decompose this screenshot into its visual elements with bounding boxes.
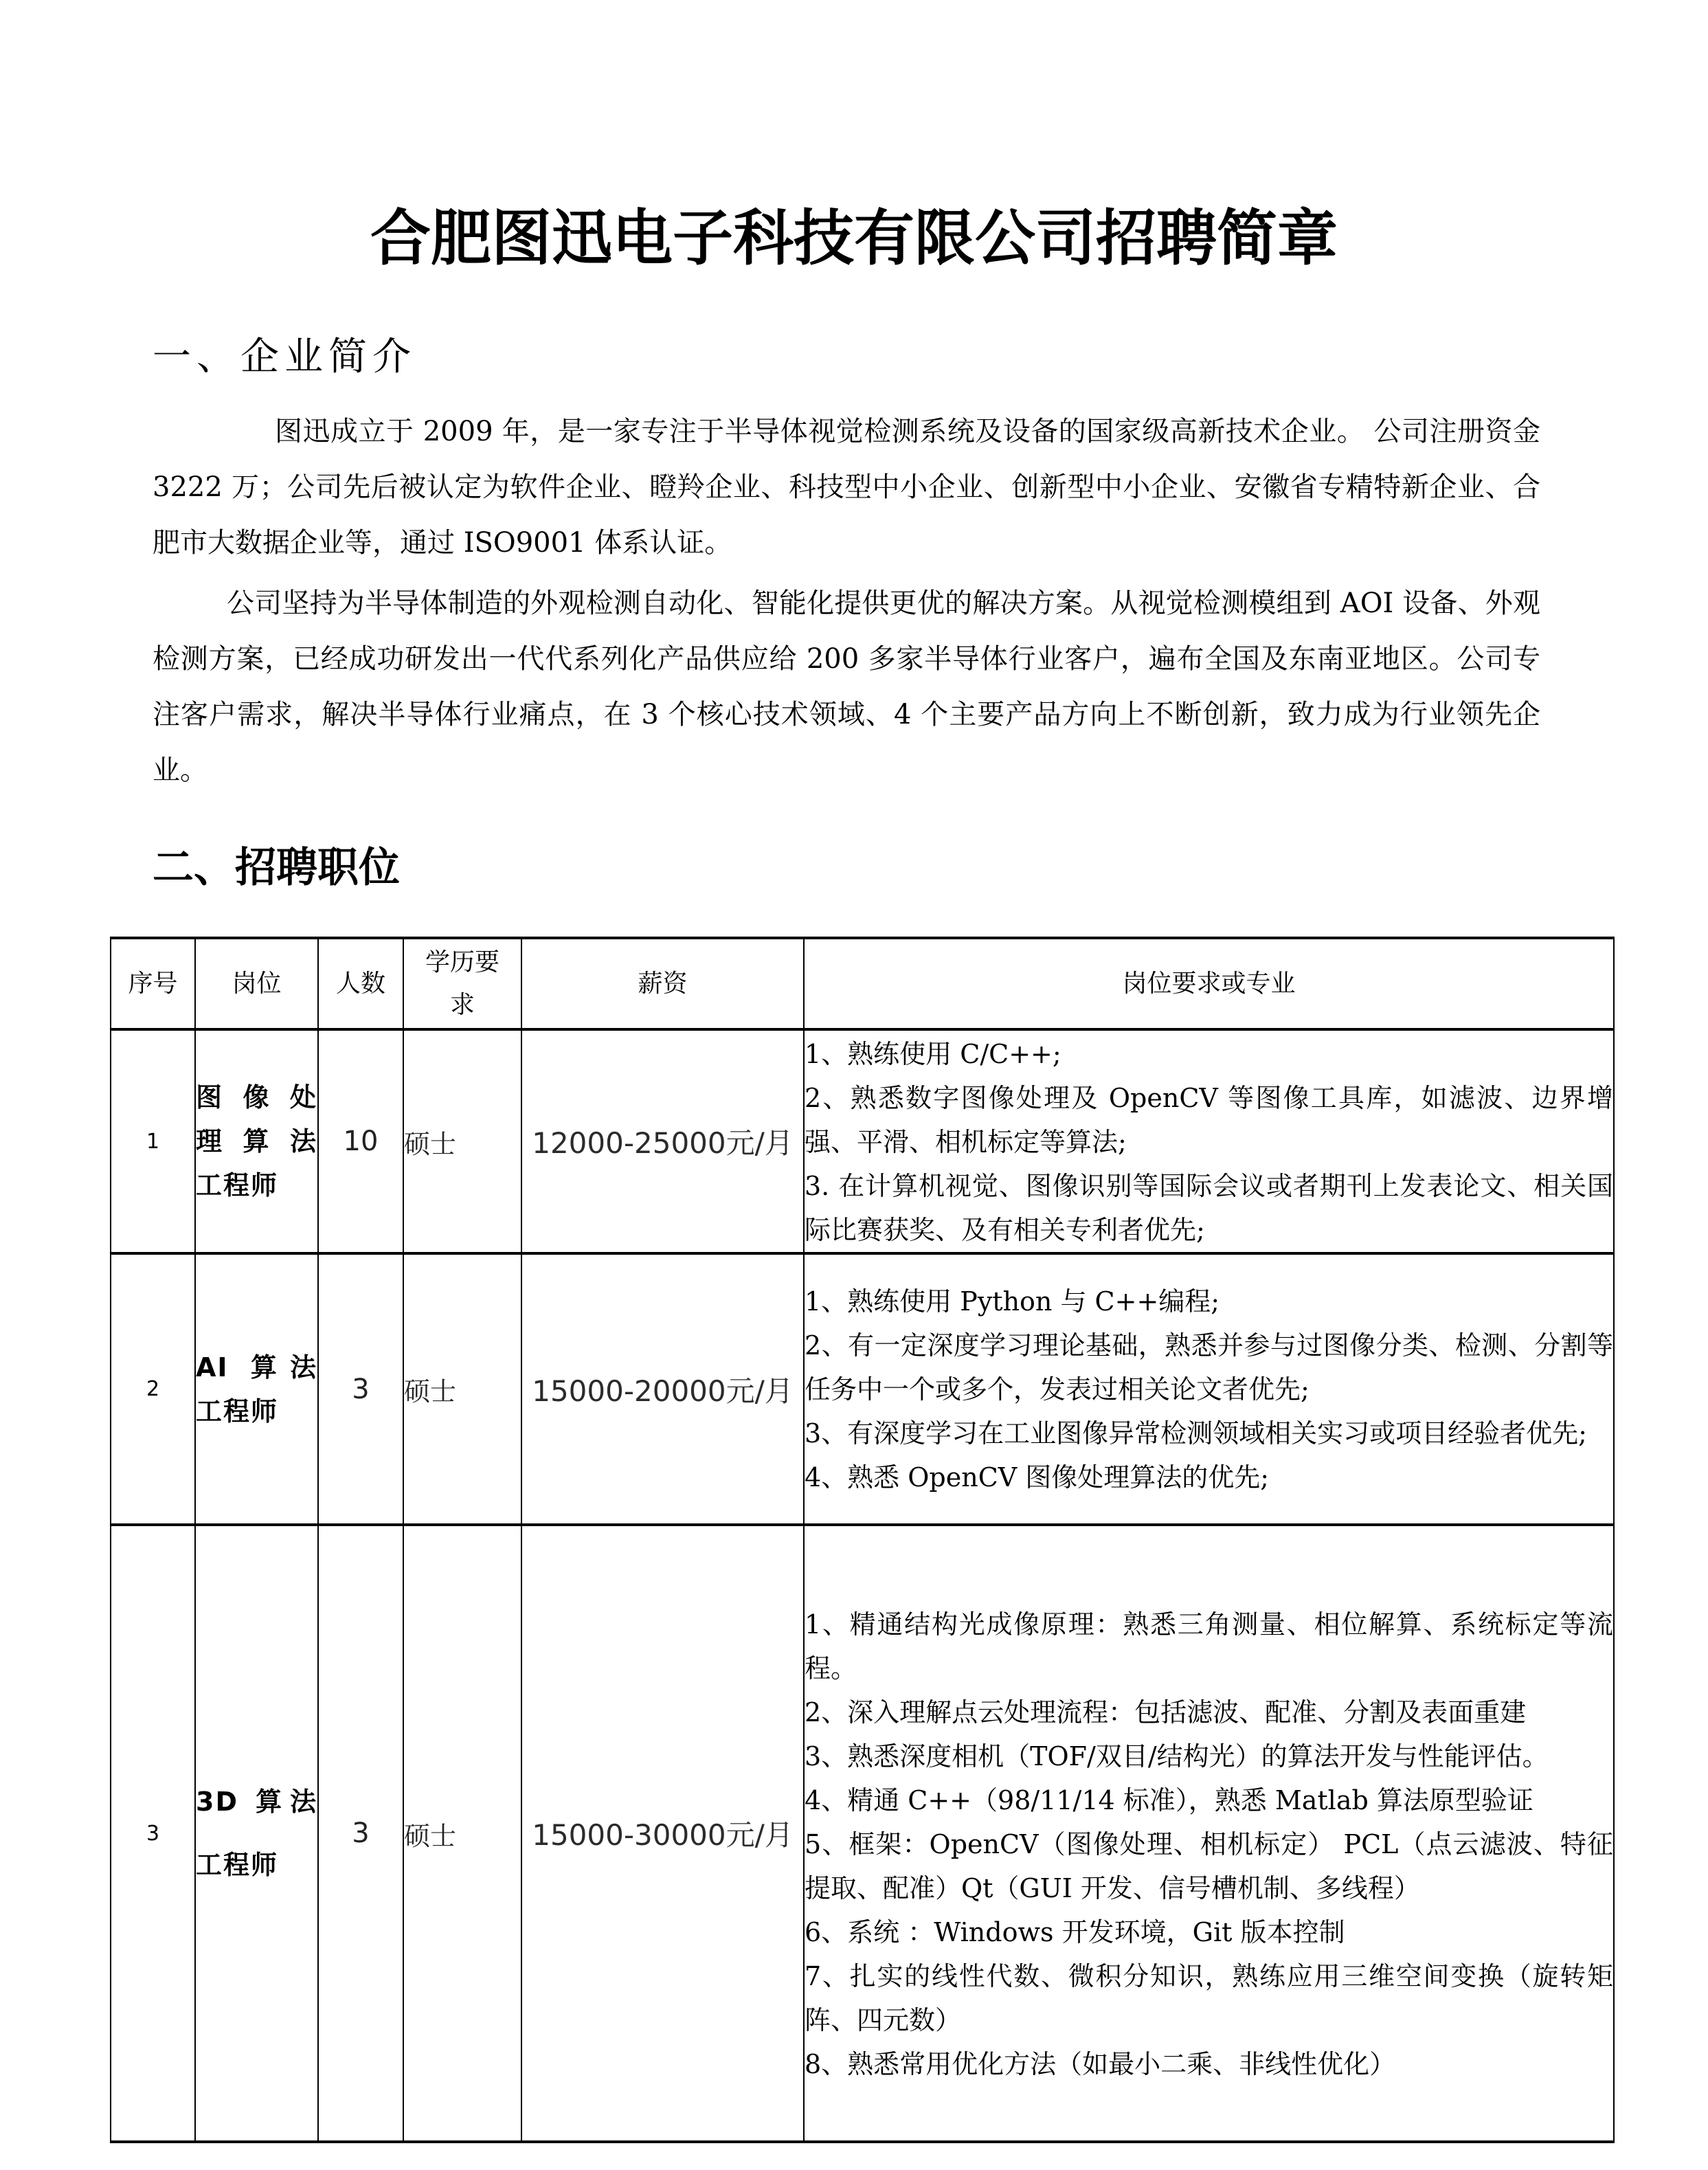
- table-row: 1 图像处 理算法 工程师 10 硕士 12000-25000元/月 1、熟练使…: [111, 1029, 1614, 1253]
- cell-count: 10: [318, 1029, 403, 1253]
- requirement-item: 1、熟练使用 Python 与 C++编程;: [805, 1279, 1613, 1323]
- company-intro-paragraph-1: 图迅成立于 2009 年，是一家专注于半导体视觉检测系统及设备的国家级高新技术企…: [153, 404, 1540, 571]
- cell-education: 硕士: [403, 1525, 521, 2142]
- cell-requirements: 1、熟练使用 Python 与 C++编程; 2、有一定深度学习理论基础，熟悉并…: [804, 1253, 1614, 1525]
- position-line: 图像处: [196, 1075, 317, 1119]
- requirement-item: 4、熟悉 OpenCV 图像处理算法的优先;: [805, 1455, 1613, 1499]
- cell-salary: 15000-20000元/月: [521, 1253, 804, 1525]
- cell-education: 硕士: [403, 1253, 521, 1525]
- requirement-item: 3. 在计算机视觉、图像识别等国际会议或者期刊上发表论文、相关国际比赛获奖、及有…: [805, 1164, 1613, 1252]
- requirement-item: 7、扎实的线性代数、微积分知识，熟练应用三维空间变换（旋转矩阵、四元数）: [805, 1954, 1613, 2042]
- header-education-line-2: 求: [404, 984, 521, 1027]
- table-row: 2 AI 算法 工程师 3 硕士 15000-20000元/月 1、熟练使用 P…: [111, 1253, 1614, 1525]
- cell-no: 2: [111, 1253, 195, 1525]
- requirement-item: 3、有深度学习在工业图像异常检测领域相关实习或项目经验者优先;: [805, 1411, 1613, 1455]
- cell-position: AI 算法 工程师: [195, 1253, 318, 1525]
- cell-count: 3: [318, 1253, 403, 1525]
- requirement-item: 1、熟练使用 C/C++;: [805, 1032, 1613, 1076]
- requirement-item: 6、系统 ：Windows 开发环境，Git 版本控制: [805, 1910, 1613, 1954]
- position-line: 工程师: [196, 1163, 317, 1207]
- cell-salary: 12000-25000元/月: [521, 1029, 804, 1253]
- cell-count: 3: [318, 1525, 403, 2142]
- header-no: 序号: [111, 938, 195, 1029]
- cell-position: 3D 算法 工程师: [195, 1525, 318, 2142]
- document-title: 合肥图迅电子科技有限公司招聘简章: [0, 194, 1708, 283]
- position-line: AI 算法: [196, 1345, 317, 1389]
- cell-position: 图像处 理算法 工程师: [195, 1029, 318, 1253]
- company-intro-paragraph-2: 公司坚持为半导体制造的外观检测自动化、智能化提供更优的解决方案。从视觉检测模组到…: [153, 576, 1540, 798]
- header-salary: 薪资: [521, 938, 804, 1029]
- job-openings-table: 序号 岗位 人数 学历要 求 薪资 岗位要求或专业 1 图像处 理算法 工程师 …: [110, 937, 1615, 2143]
- requirement-item: 4、精通 C++（98/11/14 标准），熟悉 Matlab 算法原型验证: [805, 1778, 1613, 1822]
- cell-salary: 15000-30000元/月: [521, 1525, 804, 2142]
- header-count: 人数: [318, 938, 403, 1029]
- table-row: 3 3D 算法 工程师 3 硕士 15000-30000元/月 1、精通结构光成…: [111, 1525, 1614, 2142]
- header-education: 学历要 求: [403, 938, 521, 1029]
- header-education-line-1: 学历要: [404, 941, 521, 984]
- requirement-item: 2、深入理解点云处理流程：包括滤波、配准、分割及表面重建: [805, 1690, 1613, 1734]
- section-heading-company-intro: 一、企业简介: [153, 323, 416, 392]
- cell-no: 3: [111, 1525, 195, 2142]
- table-header-row: 序号 岗位 人数 学历要 求 薪资 岗位要求或专业: [111, 938, 1614, 1029]
- header-position: 岗位: [195, 938, 318, 1029]
- requirement-item: 8、熟悉常用优化方法（如最小二乘、非线性优化）: [805, 2042, 1613, 2086]
- position-line: 工程师: [196, 1389, 317, 1433]
- position-line: 3D 算法: [196, 1770, 317, 1833]
- cell-no: 1: [111, 1029, 195, 1253]
- requirement-item: 2、熟悉数字图像处理及 OpenCV 等图像工具库，如滤波、边界增强、平滑、相机…: [805, 1076, 1613, 1164]
- section-heading-job-openings: 二、招聘职位: [153, 830, 400, 906]
- cell-education: 硕士: [403, 1029, 521, 1253]
- requirement-item: 3、熟悉深度相机（TOF/双目/结构光）的算法开发与性能评估。: [805, 1734, 1613, 1778]
- requirement-item: 2、有一定深度学习理论基础，熟悉并参与过图像分类、检测、分割等任务中一个或多个，…: [805, 1323, 1613, 1411]
- requirement-item: 1、精通结构光成像原理：熟悉三角测量、相位解算、系统标定等流程。: [805, 1602, 1613, 1690]
- header-requirements: 岗位要求或专业: [804, 938, 1614, 1029]
- cell-requirements: 1、精通结构光成像原理：熟悉三角测量、相位解算、系统标定等流程。 2、深入理解点…: [804, 1525, 1614, 2142]
- requirement-item: 5、框架：OpenCV（图像处理、相机标定） PCL（点云滤波、特征提取、配准）…: [805, 1822, 1613, 1910]
- cell-requirements: 1、熟练使用 C/C++; 2、熟悉数字图像处理及 OpenCV 等图像工具库，…: [804, 1029, 1614, 1253]
- position-line: 工程师: [196, 1833, 317, 1897]
- position-line: 理算法: [196, 1119, 317, 1163]
